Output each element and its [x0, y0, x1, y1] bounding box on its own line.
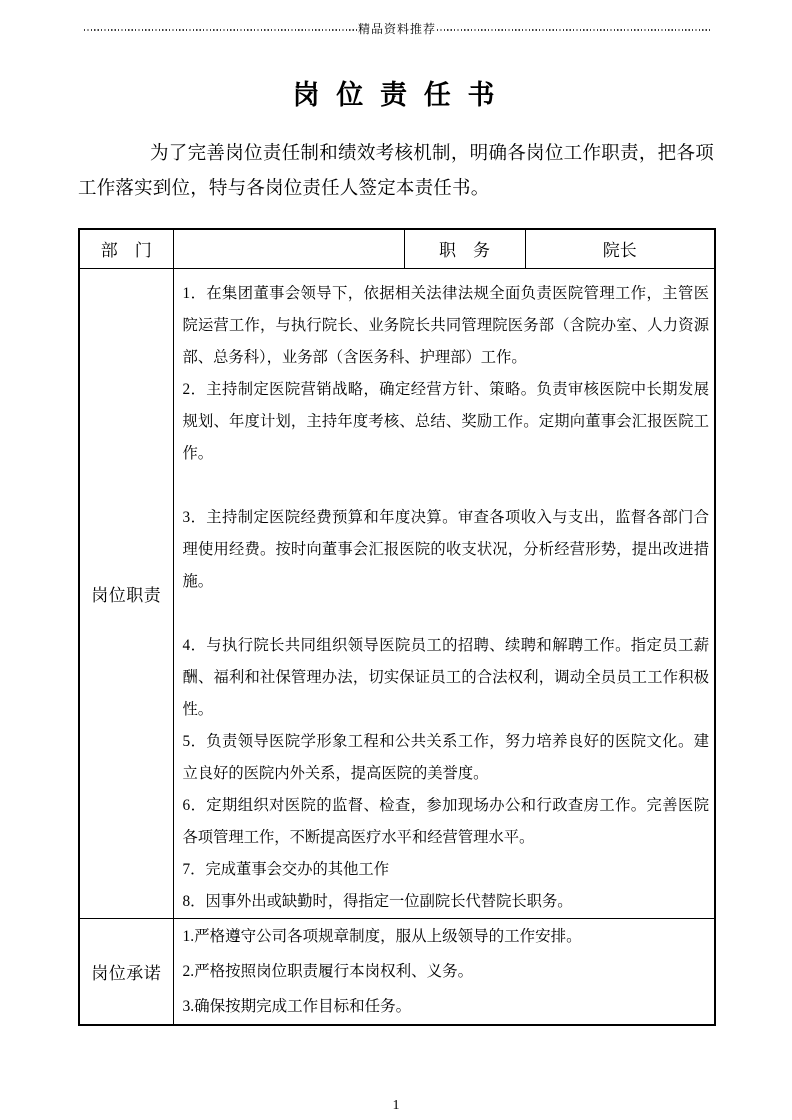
document-page: 精品资料推荐 岗 位 责 任 书 为了完善岗位责任制和绩效考核机制，明确各岗位工… [0, 0, 792, 1114]
dept-label-cell: 部 门 [79, 229, 173, 268]
promise-item: 3.确保按期完成工作目标和任务。 [183, 989, 710, 1024]
duties-label-cell: 岗位职责 [79, 268, 173, 918]
header-note-text: 精品资料推荐 [357, 22, 437, 37]
duties-row: 岗位职责 1．在集团董事会领导下，依据相关法律法规全面负责医院管理工作，主管医院… [79, 268, 715, 918]
page-header: 精品资料推荐 [84, 22, 710, 37]
dept-value-cell [173, 229, 404, 268]
position-value-cell: 院长 [525, 229, 715, 268]
promises-row: 岗位承诺 1.严格遵守公司各项规章制度，服从上级领导的工作安排。 2.严格按照岗… [79, 918, 715, 1025]
responsibility-table: 部 门 职 务 院长 岗位职责 1．在集团董事会领导下，依据相关法律法规全面负责… [78, 228, 716, 1026]
duty-item: 3．主持制定医院经费预算和年度决算。审查各项收入与支出，监督各部门合理使用经费。… [183, 502, 710, 598]
page-number: 1 [78, 1098, 714, 1114]
duty-item: 7．完成董事会交办的其他工作 [183, 854, 710, 886]
dotted-rule-left [84, 29, 357, 31]
duty-item: 4．与执行院长共同组织领导医院员工的招聘、续聘和解聘工作。指定员工薪酬、福利和社… [183, 630, 710, 726]
promise-item: 1.严格遵守公司各项规章制度，服从上级领导的工作安排。 [183, 919, 710, 954]
duty-item: 2．主持制定医院营销战略，确定经营方针、策略。负责审核医院中长期发展规划、年度计… [183, 374, 710, 470]
promises-content-cell: 1.严格遵守公司各项规章制度，服从上级领导的工作安排。 2.严格按照岗位职责履行… [173, 918, 715, 1025]
duty-item-spacer [183, 598, 710, 630]
dotted-rule-right [437, 29, 710, 31]
document-title: 岗 位 责 任 书 [78, 79, 714, 111]
intro-paragraph: 为了完善岗位责任制和绩效考核机制，明确各岗位工作职责，把各项工作落实到位，特与各… [78, 137, 714, 207]
table-header-row: 部 门 职 务 院长 [79, 229, 715, 268]
duty-item-spacer [183, 470, 710, 502]
duty-item: 1．在集团董事会领导下，依据相关法律法规全面负责医院管理工作，主管医院运营工作，… [183, 278, 710, 374]
duty-item: 5．负责领导医院学形象工程和公共关系工作，努力培养良好的医院文化。建立良好的医院… [183, 726, 710, 790]
position-label-cell: 职 务 [404, 229, 525, 268]
duty-item: 6．定期组织对医院的监督、检查，参加现场办公和行政查房工作。完善医院各项管理工作… [183, 790, 710, 854]
promises-label-cell: 岗位承诺 [79, 918, 173, 1025]
duty-item: 8．因事外出或缺勤时，得指定一位副院长代替院长职务。 [183, 886, 710, 918]
duties-content-cell: 1．在集团董事会领导下，依据相关法律法规全面负责医院管理工作，主管医院运营工作，… [173, 268, 715, 918]
promise-item: 2.严格按照岗位职责履行本岗权利、义务。 [183, 954, 710, 989]
